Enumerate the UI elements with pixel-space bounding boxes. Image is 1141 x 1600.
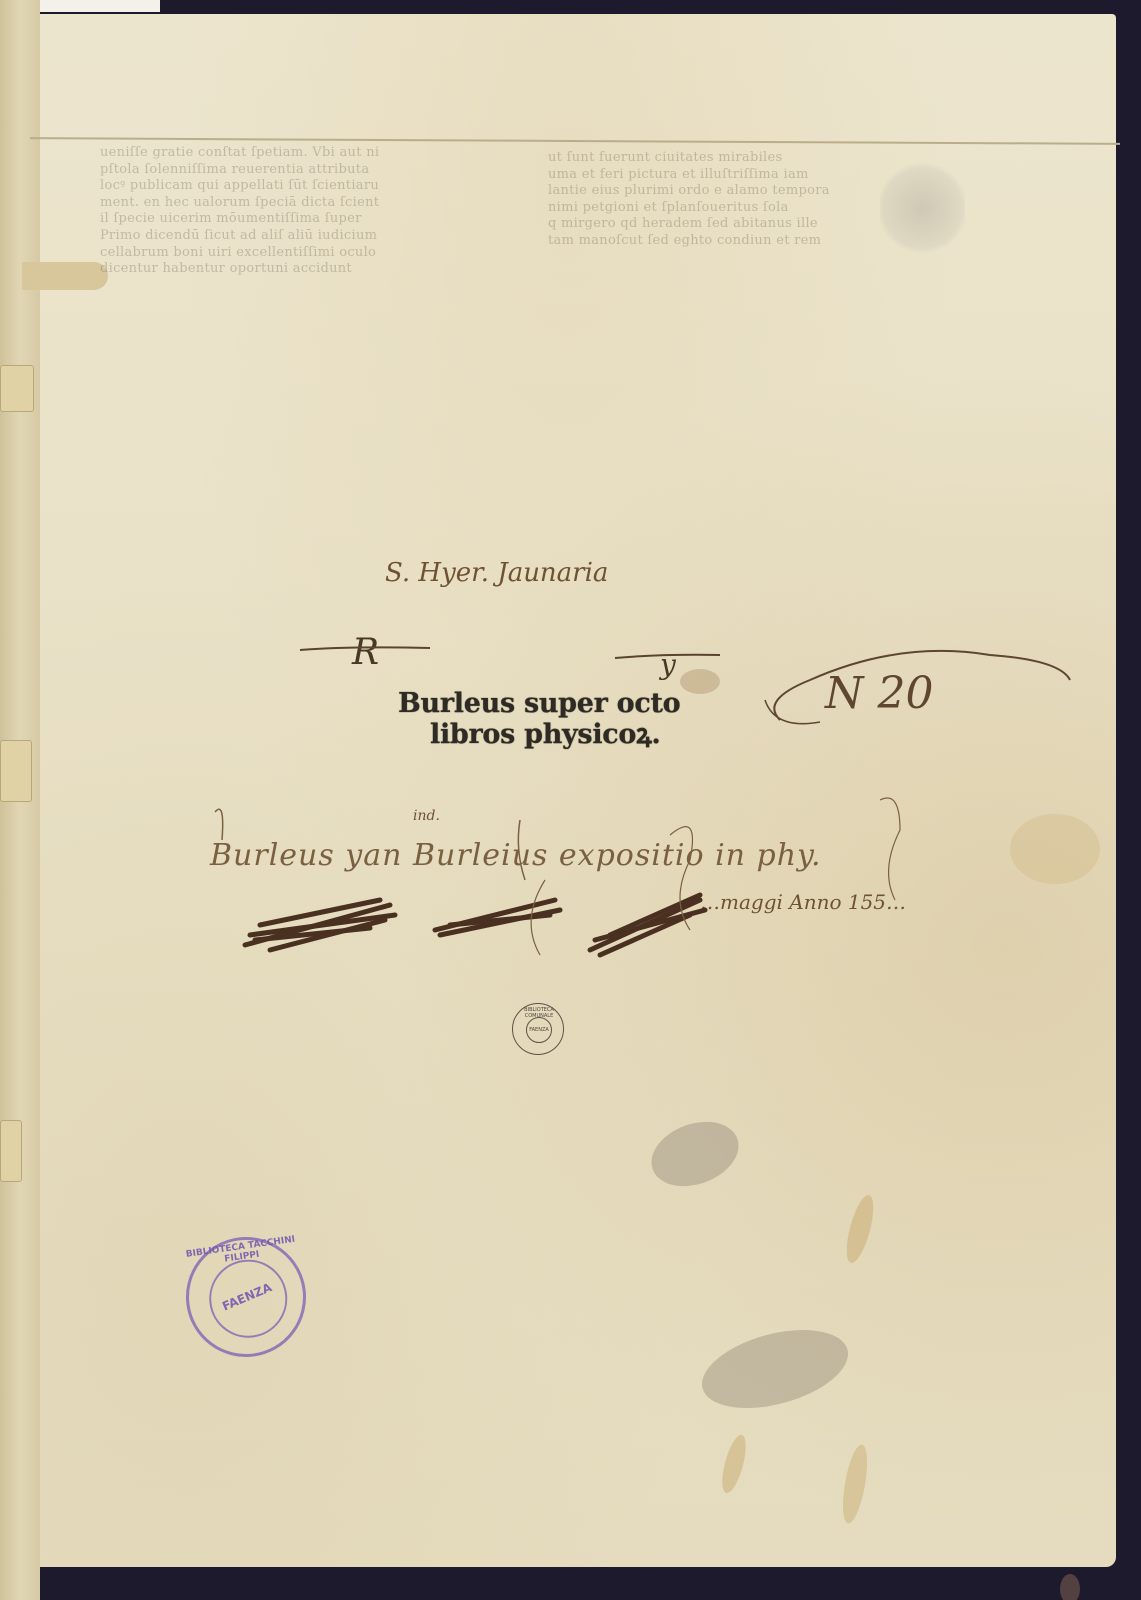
stamp-outer-text: BIBLIOTECA COMUNALE (517, 1007, 561, 1019)
ink-strokes (0, 0, 1141, 1600)
library-stamp-small: BIBLIOTECA COMUNALE FAENZA (512, 1003, 564, 1055)
stamp-inner-text: FAENZA (527, 1027, 551, 1033)
